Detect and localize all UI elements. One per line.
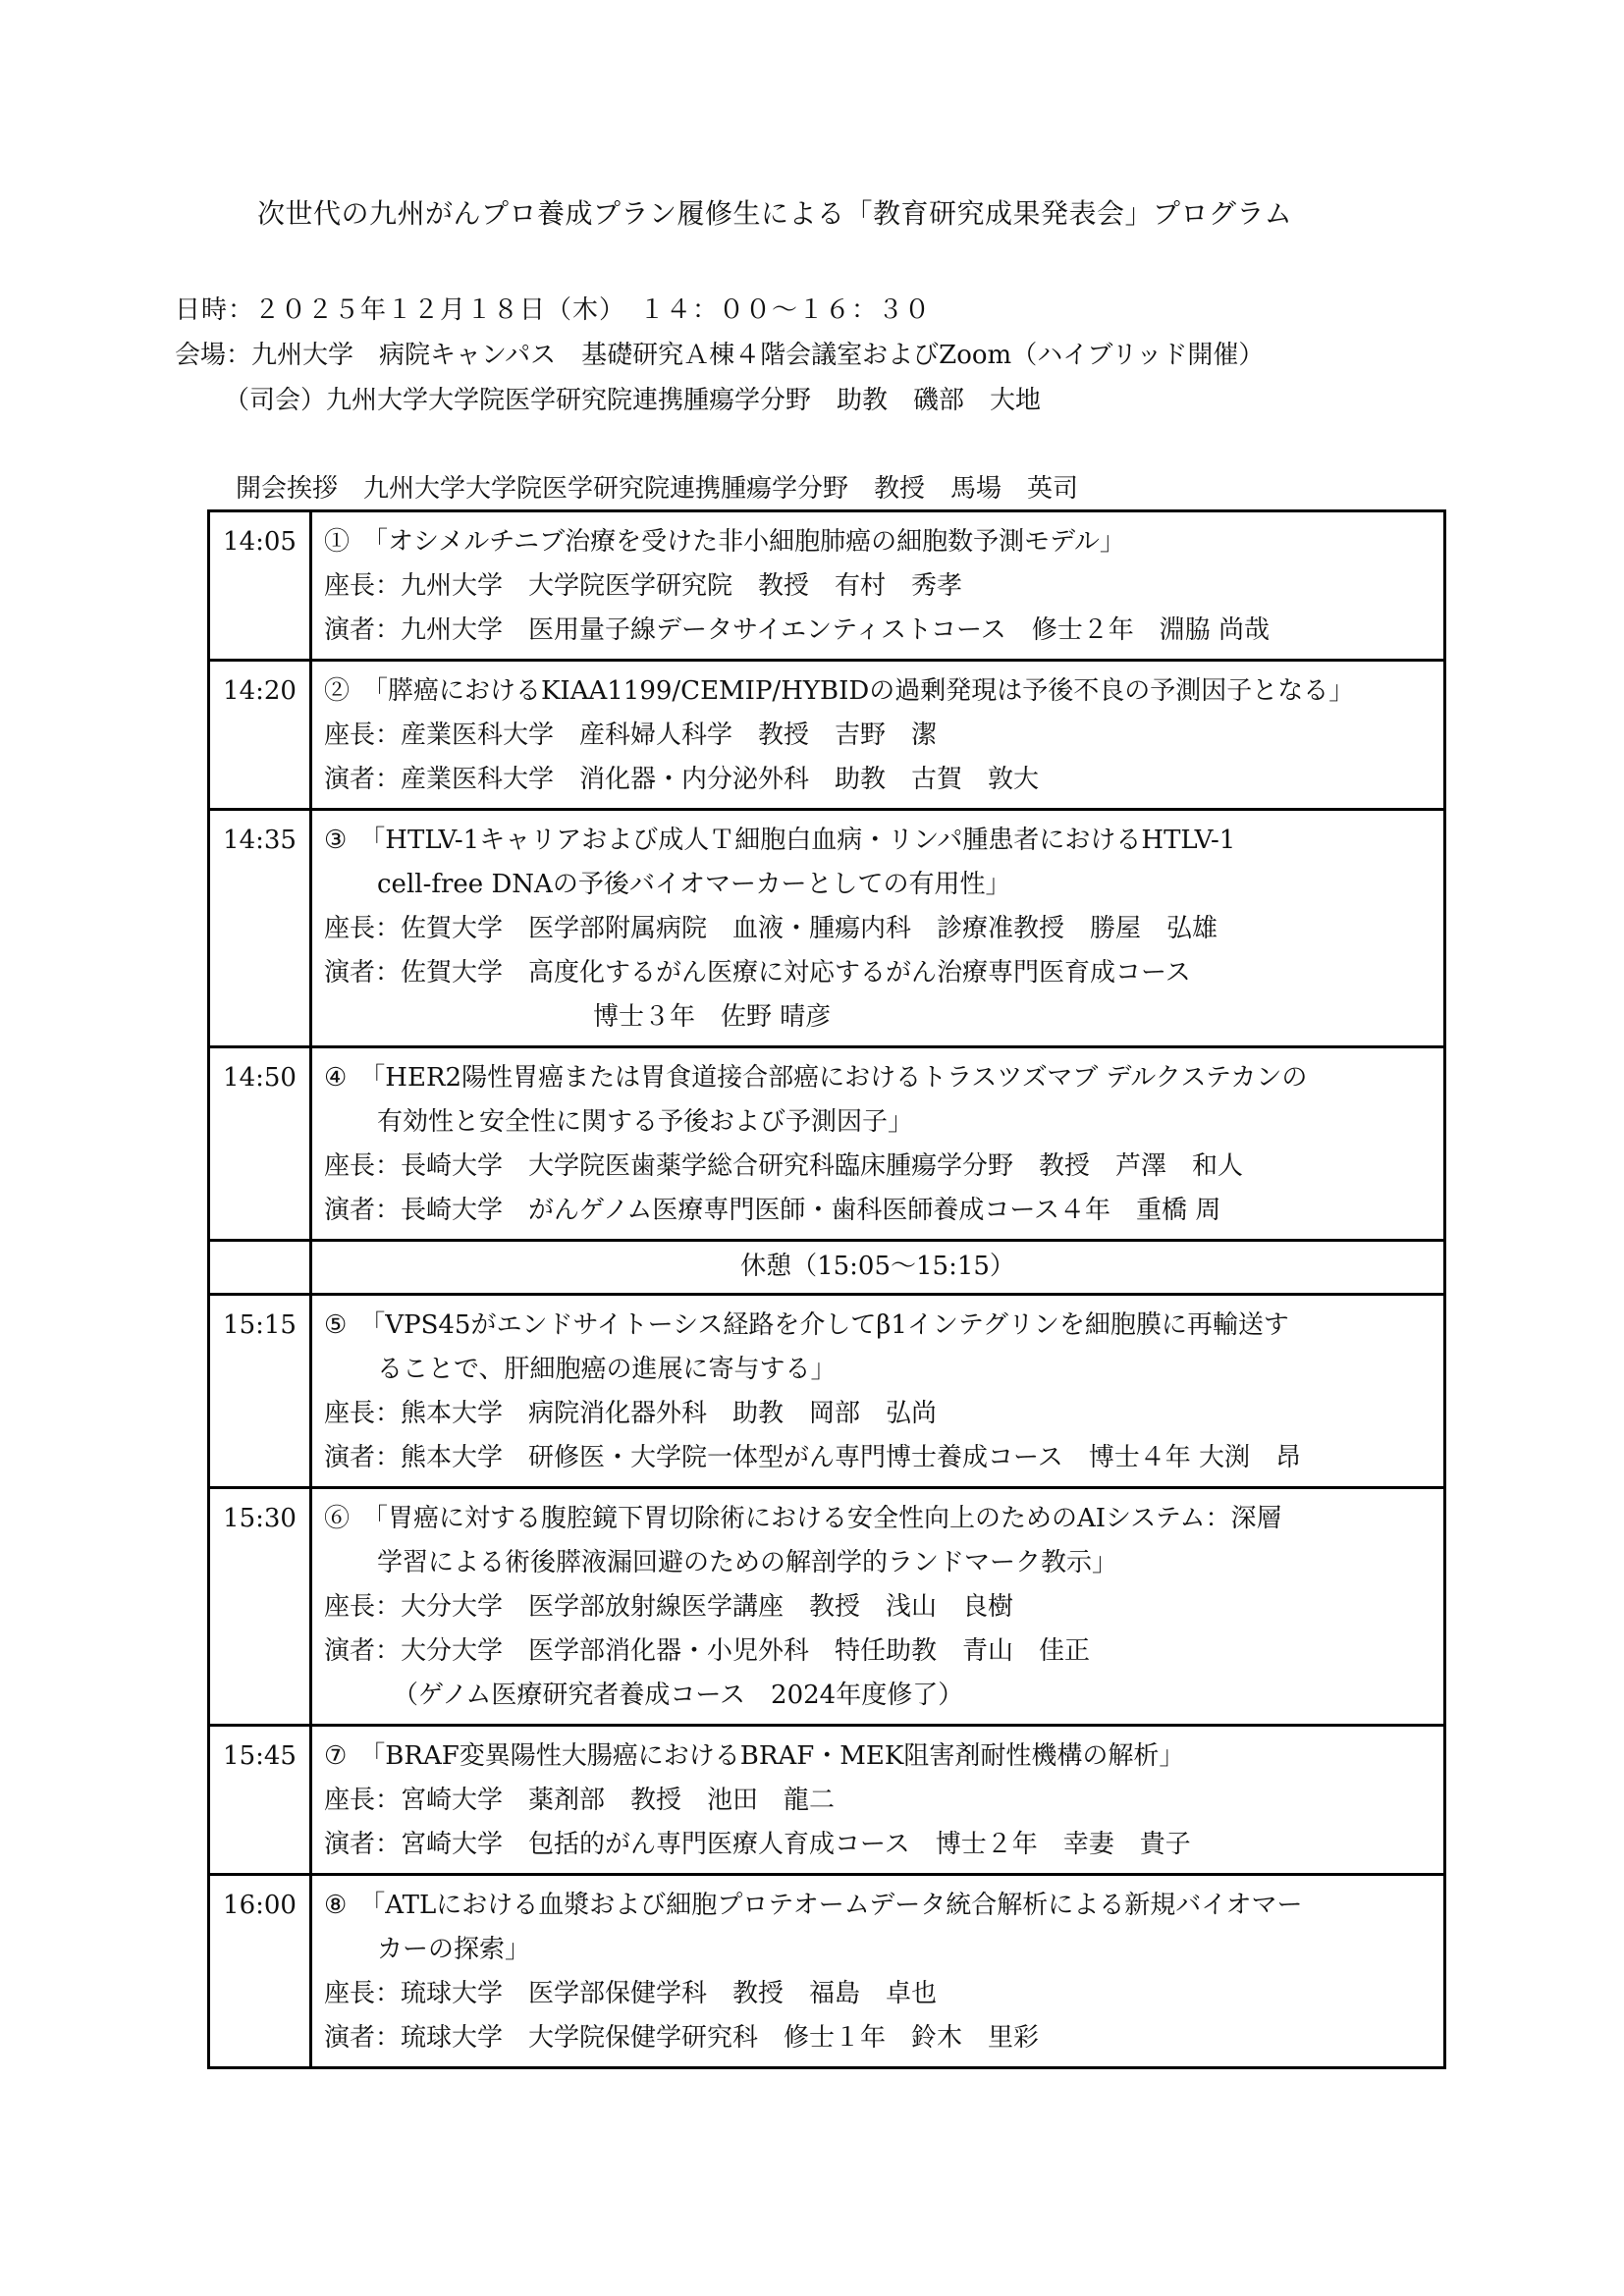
session-row: 14:50 ④ 「HER2陽性胃癌または胃食道接合部癌におけるトラスツズマブ デ… <box>209 1047 1445 1241</box>
session-time: 15:30 <box>209 1488 311 1726</box>
session-speaker-cont: （ゲノム医療研究者養成コース 2024年度修了） <box>324 1674 1434 1718</box>
session-title: ② 「膵癌におけるKIAA1199/CEMIP/HYBIDの過剰発現は予後不良の… <box>324 669 1434 714</box>
session-row: 16:00 ⑧ 「ATLにおける血漿および細胞プロテオームデータ統合解析による新… <box>209 1875 1445 2068</box>
session-time: 15:15 <box>209 1295 311 1488</box>
session-title-cont: 有効性と安全性に関する予後および予測因子」 <box>324 1100 1434 1145</box>
session-speaker: 演者：大分大学 医学部消化器・小児外科 特任助教 青山 佳正 <box>324 1629 1434 1674</box>
session-content: ⑤ 「VPS45がエンドサイトーシス経路を介してβ1インテグリンを細胞膜に再輸送… <box>311 1295 1445 1488</box>
page-title: 次世代の九州がんプロ養成プラン履修生による「教育研究成果発表会」プログラム <box>257 194 1292 234</box>
session-title: ⑧ 「ATLにおける血漿および細胞プロテオームデータ統合解析による新規バイオマー <box>324 1884 1434 1928</box>
session-time: 14:50 <box>209 1047 311 1241</box>
event-venue: 会場：九州大学 病院キャンパス 基礎研究Ａ棟４階会議室およびZoom（ハイブリッ… <box>175 336 1264 375</box>
session-speaker-cont: 博士３年 佐野 晴彦 <box>324 995 1434 1040</box>
session-title: ③ 「HTLV-1キャリアおよび成人Ｔ細胞白血病・リンパ腫患者におけるHTLV-… <box>324 819 1434 863</box>
session-time: 16:00 <box>209 1875 311 2068</box>
session-time: 14:20 <box>209 661 311 810</box>
session-chair: 座長：佐賀大学 医学部附属病院 血液・腫瘍内科 診療准教授 勝屋 弘雄 <box>324 907 1434 951</box>
session-title: ① 「オシメルチニブ治療を受けた非小細胞肺癌の細胞数予測モデル」 <box>324 520 1434 564</box>
session-row: 14:05 ① 「オシメルチニブ治療を受けた非小細胞肺癌の細胞数予測モデル」 座… <box>209 511 1445 661</box>
session-chair: 座長：宮崎大学 薬剤部 教授 池田 龍二 <box>324 1779 1434 1823</box>
session-time: 14:05 <box>209 511 311 661</box>
session-chair: 座長：琉球大学 医学部保健学科 教授 福島 卓也 <box>324 1972 1434 2016</box>
event-date: 日時：２０２５年１２月１８日（木） １４：００～１６：３０ <box>175 291 931 330</box>
session-content: ② 「膵癌におけるKIAA1199/CEMIP/HYBIDの過剰発現は予後不良の… <box>311 661 1445 810</box>
event-mc: （司会）九州大学大学院医学研究院連携腫瘍学分野 助教 磯部 大地 <box>224 381 1041 420</box>
session-content: ③ 「HTLV-1キャリアおよび成人Ｔ細胞白血病・リンパ腫患者におけるHTLV-… <box>311 810 1445 1047</box>
session-content: ① 「オシメルチニブ治療を受けた非小細胞肺癌の細胞数予測モデル」 座長：九州大学… <box>311 511 1445 661</box>
session-speaker: 演者：産業医科大学 消化器・内分泌外科 助教 古賀 敦大 <box>324 758 1434 802</box>
session-row: 15:30 ⑥ 「胃癌に対する腹腔鏡下胃切除術における安全性向上のためのAIシス… <box>209 1488 1445 1726</box>
session-speaker: 演者：宮崎大学 包括的がん専門医療人育成コース 博士２年 幸妻 貴子 <box>324 1823 1434 1867</box>
session-row: 15:15 ⑤ 「VPS45がエンドサイトーシス経路を介してβ1インテグリンを細… <box>209 1295 1445 1488</box>
session-chair: 座長：産業医科大学 産科婦人科学 教授 吉野 潔 <box>324 714 1434 758</box>
session-chair: 座長：大分大学 医学部放射線医学講座 教授 浅山 良樹 <box>324 1585 1434 1629</box>
session-row: 14:20 ② 「膵癌におけるKIAA1199/CEMIP/HYBIDの過剰発現… <box>209 661 1445 810</box>
session-title-cont: カーの探索」 <box>324 1928 1434 1972</box>
session-title: ⑦ 「BRAF変異陽性大腸癌におけるBRAF・MEK阻害剤耐性機構の解析」 <box>324 1735 1434 1779</box>
session-row: 15:45 ⑦ 「BRAF変異陽性大腸癌におけるBRAF・MEK阻害剤耐性機構の… <box>209 1726 1445 1875</box>
session-chair: 座長：熊本大学 病院消化器外科 助教 岡部 弘尚 <box>324 1392 1434 1436</box>
session-content: ④ 「HER2陽性胃癌または胃食道接合部癌におけるトラスツズマブ デルクステカン… <box>311 1047 1445 1241</box>
session-title: ⑤ 「VPS45がエンドサイトーシス経路を介してβ1インテグリンを細胞膜に再輸送… <box>324 1304 1434 1348</box>
session-title-cont: ることで、肝細胞癌の進展に寄与する」 <box>324 1348 1434 1392</box>
session-content: ⑧ 「ATLにおける血漿および細胞プロテオームデータ統合解析による新規バイオマー… <box>311 1875 1445 2068</box>
session-speaker: 演者：熊本大学 研修医・大学院一体型がん専門博士養成コース 博士４年 大渕 昂 <box>324 1436 1434 1480</box>
session-time: 15:45 <box>209 1726 311 1875</box>
session-title-cont: cell-free DNAの予後バイオマーカーとしての有用性」 <box>324 863 1434 907</box>
session-chair: 座長：長崎大学 大学院医歯薬学総合研究科臨床腫瘍学分野 教授 芦澤 和人 <box>324 1145 1434 1189</box>
session-speaker: 演者：長崎大学 がんゲノム医療専門医師・歯科医師養成コース４年 重橋 周 <box>324 1189 1434 1233</box>
session-row: 14:35 ③ 「HTLV-1キャリアおよび成人Ｔ細胞白血病・リンパ腫患者におけ… <box>209 810 1445 1047</box>
break-row: 休憩（15:05～15:15） <box>209 1241 1445 1295</box>
opening-remarks: 開会挨拶 九州大学大学院医学研究院連携腫瘍学分野 教授 馬場 英司 <box>236 469 1078 508</box>
session-title-cont: 学習による術後膵液漏回避のための解剖学的ランドマーク教示」 <box>324 1541 1434 1585</box>
break-time-empty <box>209 1241 311 1295</box>
session-chair: 座長：九州大学 大学院医学研究院 教授 有村 秀孝 <box>324 564 1434 609</box>
program-table: 14:05 ① 「オシメルチニブ治療を受けた非小細胞肺癌の細胞数予測モデル」 座… <box>207 509 1446 2069</box>
break-label: 休憩（15:05～15:15） <box>311 1241 1445 1295</box>
session-title: ④ 「HER2陽性胃癌または胃食道接合部癌におけるトラスツズマブ デルクステカン… <box>324 1056 1434 1100</box>
session-time: 14:35 <box>209 810 311 1047</box>
session-speaker: 演者：佐賀大学 高度化するがん医療に対応するがん治療専門医育成コース <box>324 951 1434 995</box>
session-title: ⑥ 「胃癌に対する腹腔鏡下胃切除術における安全性向上のためのAIシステム：深層 <box>324 1497 1434 1541</box>
session-content: ⑦ 「BRAF変異陽性大腸癌におけるBRAF・MEK阻害剤耐性機構の解析」 座長… <box>311 1726 1445 1875</box>
session-speaker: 演者：琉球大学 大学院保健学研究科 修士１年 鈴木 里彩 <box>324 2016 1434 2060</box>
session-speaker: 演者：九州大学 医用量子線データサイエンティストコース 修士２年 淵脇 尚哉 <box>324 609 1434 653</box>
session-content: ⑥ 「胃癌に対する腹腔鏡下胃切除術における安全性向上のためのAIシステム：深層 … <box>311 1488 1445 1726</box>
